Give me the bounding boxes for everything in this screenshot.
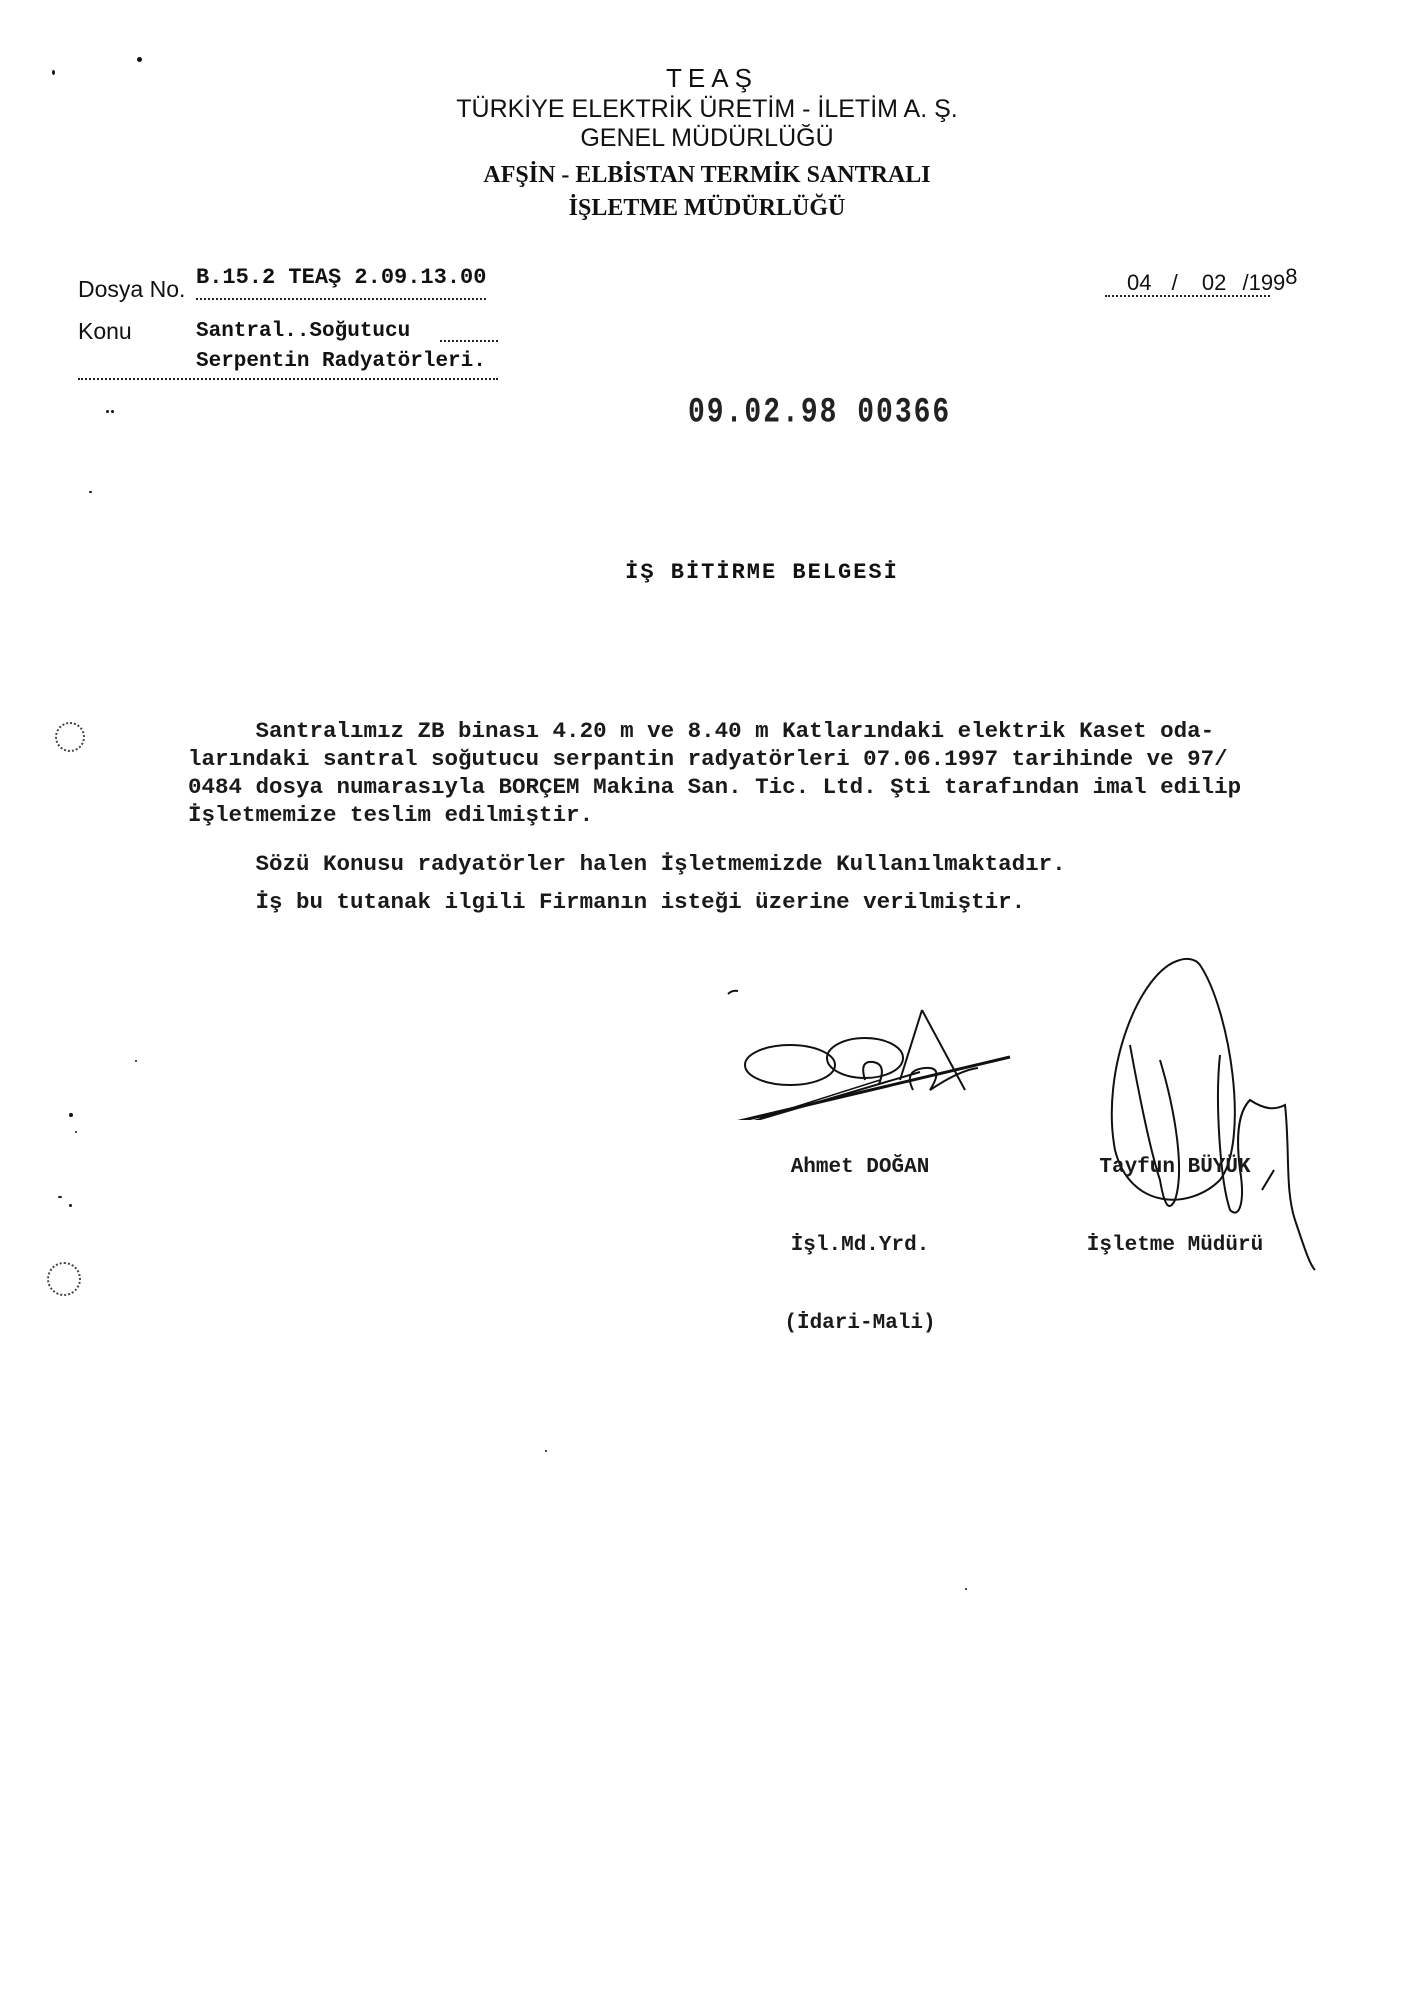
- body-line: Santralımız ZB binası 4.20 m ve 8.40 m K…: [188, 717, 1241, 745]
- department-name: İŞLETME MÜDÜRLÜĞÜ: [0, 195, 1414, 222]
- body-paragraph-3: İş bu tutanak ilgili Firmanın isteği üze…: [188, 888, 1025, 916]
- body-paragraph-2: Sözü Konusu radyatörler halen İşletmemiz…: [188, 850, 1066, 878]
- punch-hole-mark: [47, 1262, 81, 1296]
- date-day: 04: [1105, 270, 1151, 295]
- document-title-text: İŞ BİTİRME BELGESİ: [515, 560, 899, 585]
- file-no-value: B.15.2 TEAŞ 2.09.13.00: [196, 265, 486, 290]
- scan-speck: [965, 1588, 967, 1590]
- subject-dotted-line-2: [78, 378, 498, 380]
- subject-line-2: Serpentin Radyatörleri.: [196, 350, 486, 373]
- date-year-suffix: 8: [1285, 264, 1297, 289]
- signatory-2-title: İşletme Müdürü: [1060, 1233, 1290, 1259]
- signatory-1: Ahmet DOĞAN İşl.Md.Yrd. (İdari-Mali): [740, 1103, 980, 1363]
- body-paragraph-1: Santralımız ZB binası 4.20 m ve 8.40 m K…: [188, 717, 1241, 829]
- org-short-name: TEAŞ: [0, 63, 1414, 94]
- scan-speck: [58, 1196, 62, 1198]
- document-title: İŞ BİTİRME BELGESİ: [0, 560, 1414, 585]
- subject-dotted-line-1: [440, 340, 498, 342]
- scan-speck: [137, 57, 142, 62]
- scan-speck: [69, 1204, 72, 1207]
- date-month: 02: [1184, 270, 1226, 295]
- scan-speck: [106, 410, 109, 413]
- plant-name: AFŞİN - ELBİSTAN TERMİK SANTRALI: [0, 162, 1414, 189]
- date-separator: /: [1158, 270, 1178, 295]
- body-line: İşletmemize teslim edilmiştir.: [188, 801, 1241, 829]
- date-dotted-line: [1105, 295, 1270, 297]
- registry-stamp: 09.02.98 00366: [688, 394, 951, 433]
- signatory-1-unit: (İdari-Mali): [740, 1311, 980, 1337]
- subject-label: Konu: [78, 318, 132, 345]
- scan-speck: [135, 1060, 137, 1062]
- scan-speck: [89, 491, 92, 493]
- scan-speck: [111, 410, 114, 413]
- document-date: 04 / 02 /1998: [1105, 270, 1298, 296]
- signatory-1-name: Ahmet DOĞAN: [740, 1155, 980, 1181]
- file-no-label: Dosya No.: [78, 276, 185, 303]
- body-line: larındaki santral soğutucu serpantin rad…: [188, 745, 1241, 773]
- file-no-dotted-line: [196, 298, 486, 300]
- date-year-prefix: /199: [1232, 270, 1285, 295]
- signatory-1-title: İşl.Md.Yrd.: [740, 1233, 980, 1259]
- scan-speck: [52, 70, 55, 75]
- punch-hole-mark: [55, 722, 85, 752]
- scan-speck: [69, 1113, 73, 1117]
- scan-speck: [75, 1131, 77, 1133]
- body-line: 0484 dosya numarasıyla BORÇEM Makina San…: [188, 773, 1241, 801]
- signature-ahmet-dogan: [700, 980, 1020, 1120]
- signatory-2-name: Tayfun BÜYÜK: [1060, 1155, 1290, 1181]
- subject-line-1: Santral..Soğutucu: [196, 320, 410, 343]
- signatory-2: Tayfun BÜYÜK İşletme Müdürü: [1060, 1103, 1290, 1285]
- directorate-name: GENEL MÜDÜRLÜĞÜ: [0, 124, 1414, 153]
- scan-speck: [545, 1450, 547, 1452]
- org-full-name: TÜRKİYE ELEKTRİK ÜRETİM - İLETİM A. Ş.: [0, 95, 1414, 124]
